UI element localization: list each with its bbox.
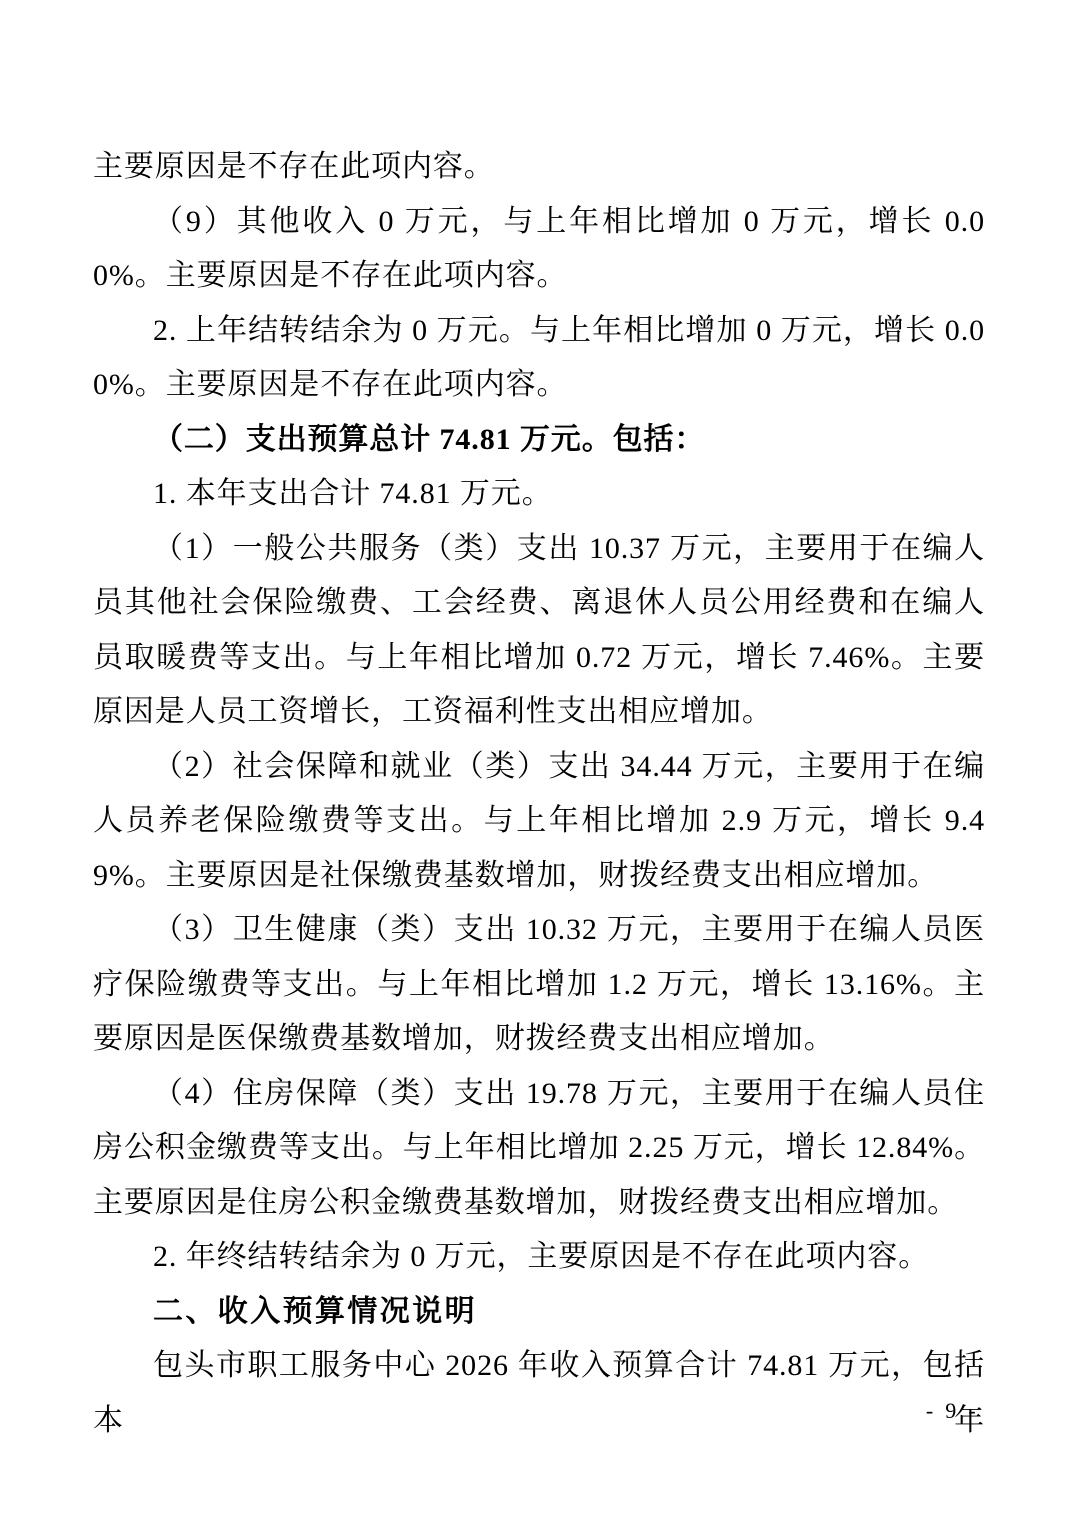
paragraph-prior-year-carryover: 2. 上年结转结余为 0 万元。与上年相比增加 0 万元，增长 0.00%。主要… [93,304,985,413]
paragraph-health: （3）卫生健康（类）支出 10.32 万元，主要用于在编人员医疗保险缴费等支出。… [93,903,985,1067]
paragraph-other-income: （9）其他收入 0 万元，与上年相比增加 0 万元，增长 0.00%。主要原因是… [93,195,985,304]
subheading-expenditure-budget-total: （二）支出预算总计 74.81 万元。包括： [93,413,985,468]
paragraph-social-security-employment: （2）社会保障和就业（类）支出 34.44 万元，主要用于在编人员养老保险缴费等… [93,740,985,904]
paragraph-current-year-expenditure-total: 1. 本年支出合计 74.81 万元。 [93,467,985,522]
document-page: 主要原因是不存在此项内容。 （9）其他收入 0 万元，与上年相比增加 0 万元，… [0,0,1075,1520]
paragraph-continuation: 主要原因是不存在此项内容。 [93,140,985,195]
paragraph-year-end-carryover: 2. 年终结转结余为 0 万元，主要原因是不存在此项内容。 [93,1230,985,1285]
page-number: - 9 - [926,1398,979,1424]
paragraph-housing-security: （4）住房保障（类）支出 19.78 万元，主要用于在编人员住房公积金缴费等支出… [93,1067,985,1231]
section-heading-income-budget: 二、收入预算情况说明 [93,1285,985,1340]
paragraph-income-budget-intro: 包头市职工服务中心 2026 年收入预算合计 74.81 万元，包括本年 [93,1339,985,1448]
paragraph-general-public-services: （1）一般公共服务（类）支出 10.37 万元，主要用于在编人员其他社会保险缴费… [93,522,985,740]
document-body: 主要原因是不存在此项内容。 （9）其他收入 0 万元，与上年相比增加 0 万元，… [93,140,985,1448]
